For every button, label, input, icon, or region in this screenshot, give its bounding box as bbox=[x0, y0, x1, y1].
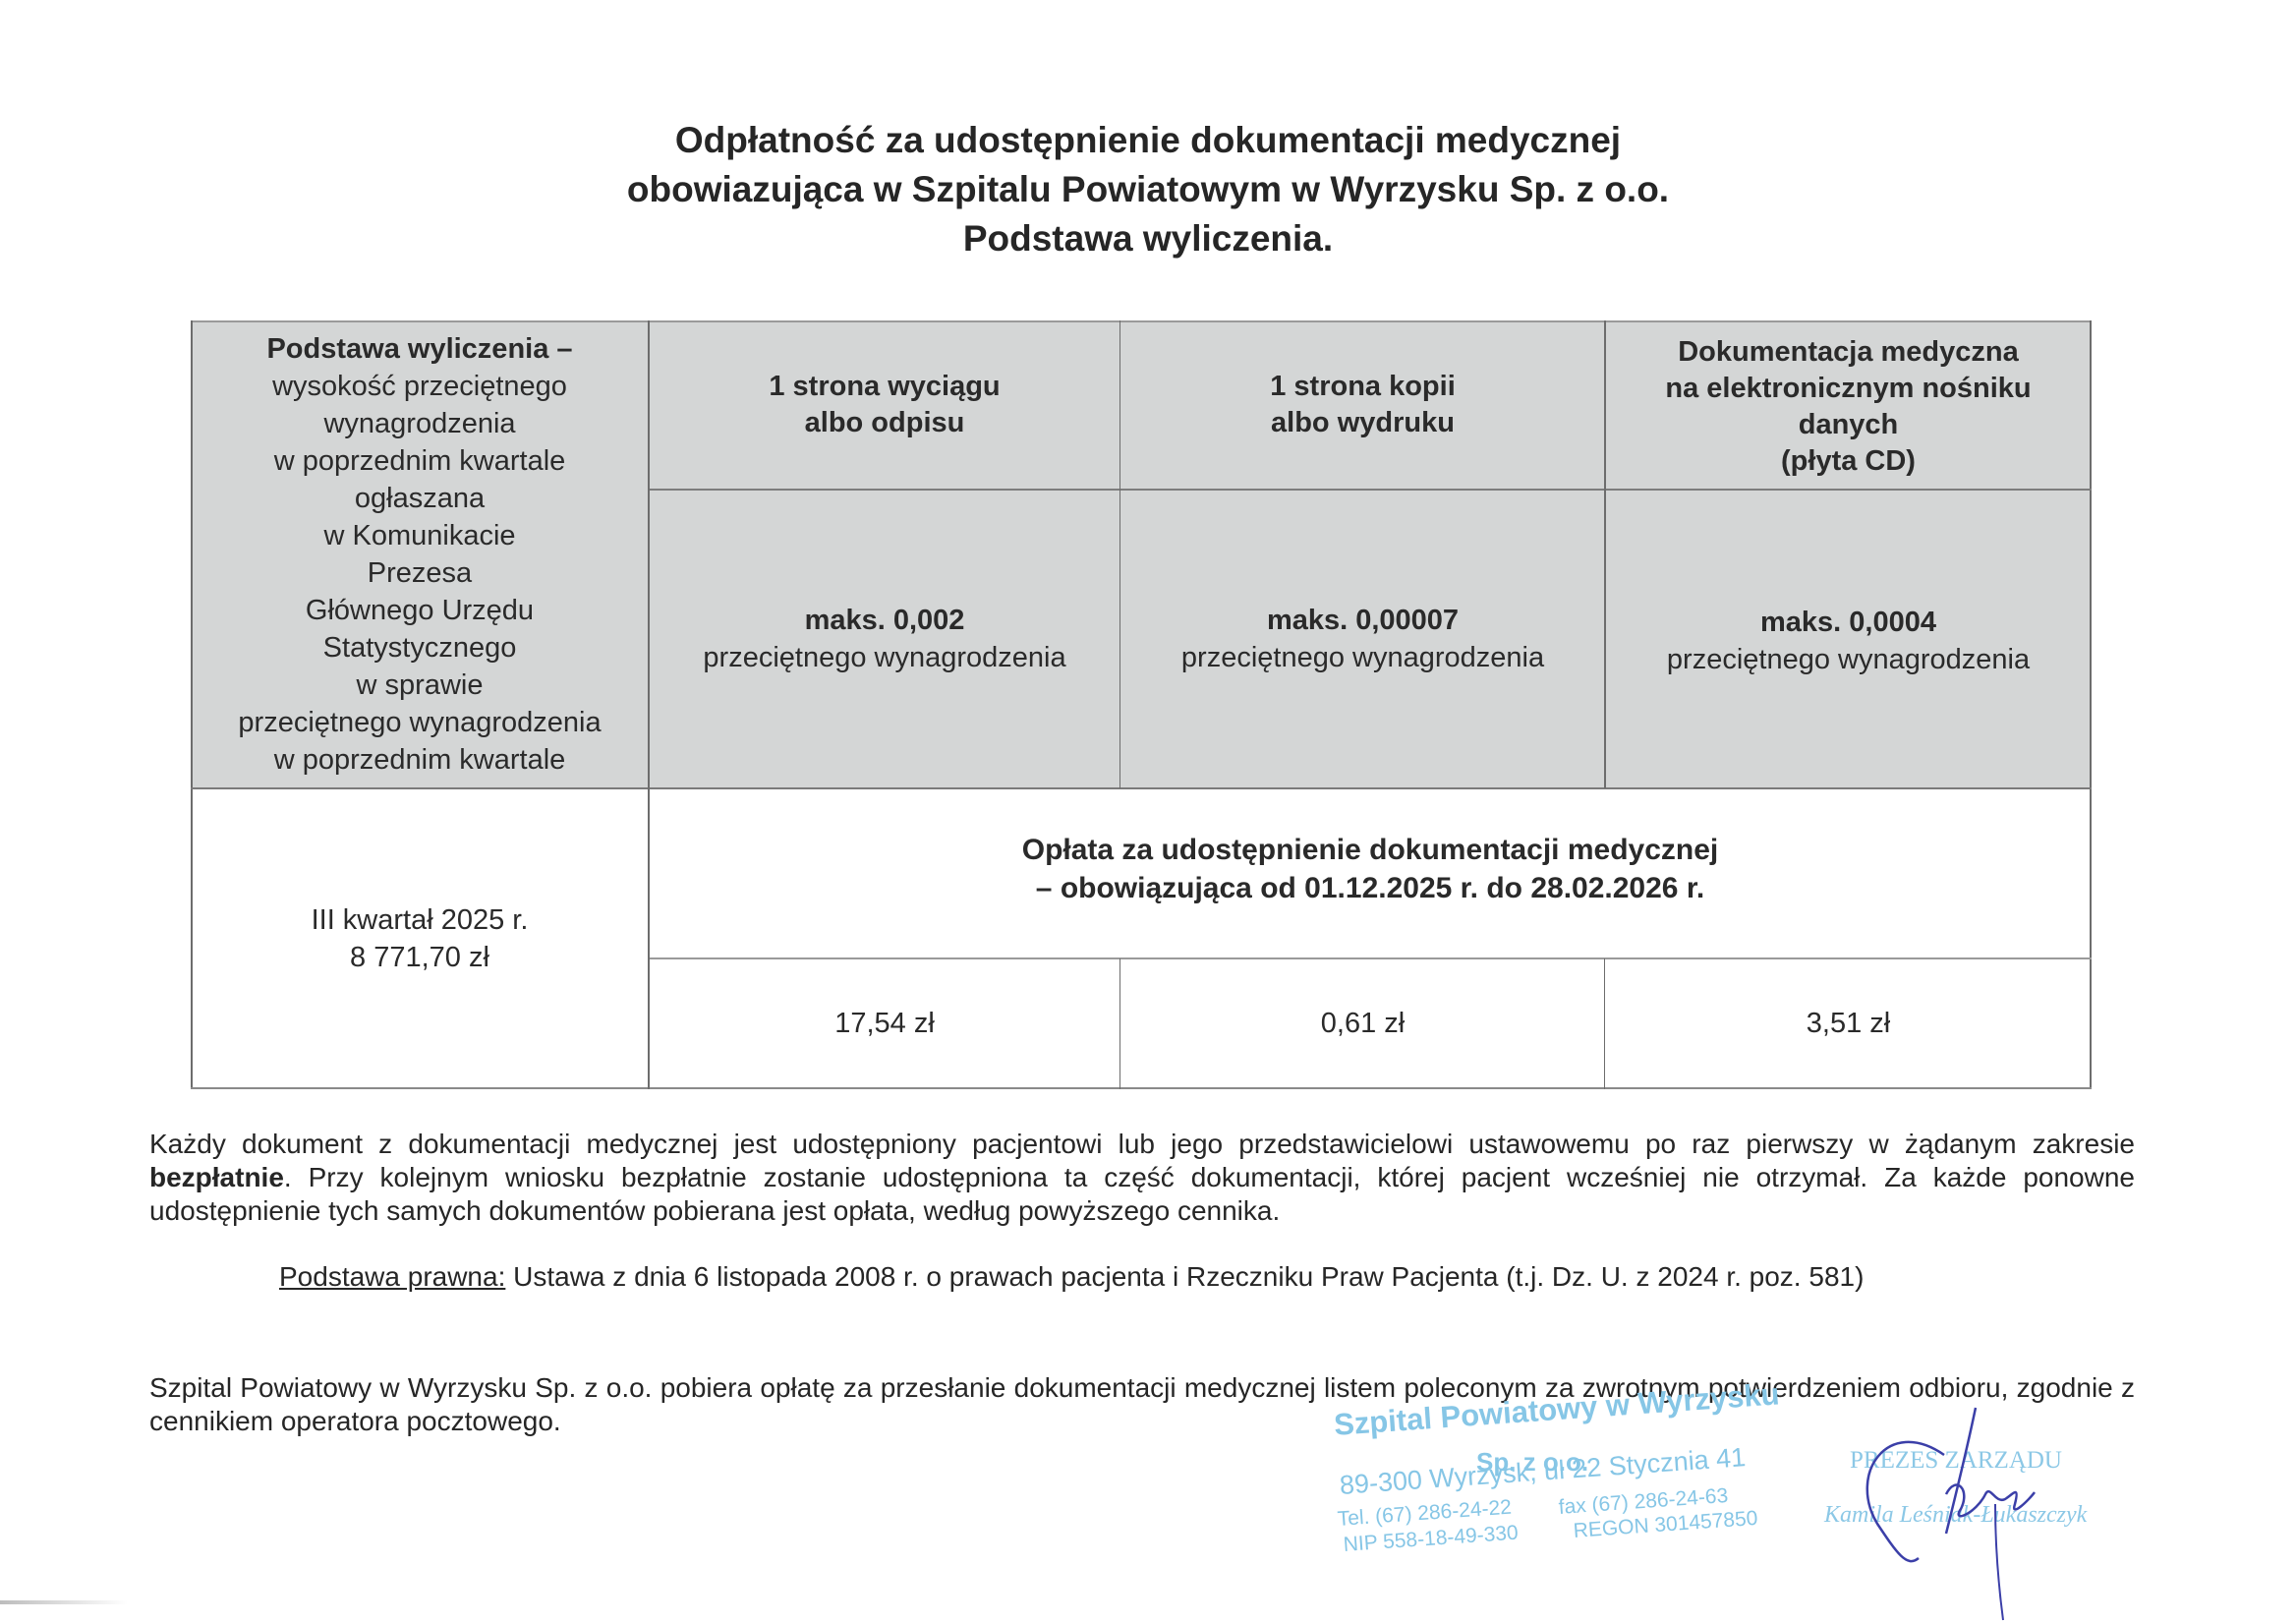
fee-header-line-2: – obowiązująca od 01.12.2025 r. do 28.02… bbox=[1036, 869, 1704, 907]
free-access-text: Każdy dokument z dokumentacji medycznej … bbox=[149, 1129, 2135, 1159]
rate-cell-extract: maks. 0,002 przeciętnego wynagrodzenia bbox=[649, 490, 1120, 788]
legal-basis-label: Podstawa prawna: bbox=[279, 1261, 505, 1292]
free-access-text-rest: . Przy kolejnym wniosku bezpłatnie zosta… bbox=[149, 1162, 2135, 1226]
column-header-electronic-line: na elektronicznym nośniku bbox=[1665, 371, 2031, 407]
price-value: 17,54 zł bbox=[834, 1008, 935, 1040]
fee-table: Podstawa wyliczenia – wysokość przeciętn… bbox=[191, 320, 2092, 1089]
header-bottom-divider bbox=[191, 787, 2092, 789]
column-header-electronic: Dokumentacja medyczna na elektronicznym … bbox=[1605, 320, 2092, 493]
column-header-copy-line: albo wydruku bbox=[1271, 405, 1455, 441]
column-header-copy-line: 1 strona kopii bbox=[1270, 369, 1456, 405]
table-border-top bbox=[191, 320, 2092, 322]
column-header-extract-line: albo odpisu bbox=[805, 405, 965, 441]
basis-header-cell: Podstawa wyliczenia – wysokość przeciętn… bbox=[191, 320, 649, 788]
title-line-1: Odpłatność za udostępnienie dokumentacji… bbox=[0, 116, 2296, 165]
legal-basis: Podstawa prawna: Ustawa z dnia 6 listopa… bbox=[279, 1260, 1864, 1294]
basis-header-line: Statystycznego bbox=[238, 629, 601, 667]
column-header-copy: 1 strona kopii albo wydruku bbox=[1120, 320, 1605, 490]
rate-cell-copy: maks. 0,00007 przeciętnego wynagrodzenia bbox=[1120, 490, 1605, 788]
document-title: Odpłatność za udostępnienie dokumentacji… bbox=[0, 116, 2296, 263]
rate-value: maks. 0,002 bbox=[805, 602, 965, 639]
basis-header-line: przeciętnego wynagrodzenia bbox=[238, 704, 601, 741]
basis-period: III kwartał 2025 r. bbox=[312, 901, 529, 939]
page-edge-shadow bbox=[0, 1600, 128, 1604]
column-divider-1 bbox=[648, 320, 650, 1089]
rate-unit: przeciętnego wynagrodzenia bbox=[703, 639, 1065, 676]
column-header-electronic-line: Dokumentacja medyczna bbox=[1678, 334, 2019, 371]
title-line-2: obowiazująca w Szpitalu Powiatowym w Wyr… bbox=[0, 165, 2296, 214]
price-extract: 17,54 zł bbox=[649, 958, 1120, 1089]
column-divider-3-lower bbox=[1604, 958, 1605, 1089]
table-border-left bbox=[191, 320, 193, 1089]
basis-header-line: w Komunikacie bbox=[238, 517, 601, 554]
header-inner-divider bbox=[649, 489, 2092, 491]
basis-header-description: wysokość przeciętnegowynagrodzeniaw popr… bbox=[238, 368, 601, 779]
rate-value: maks. 0,0004 bbox=[1760, 604, 1936, 641]
rate-unit: przeciętnego wynagrodzenia bbox=[1181, 639, 1544, 676]
price-value: 0,61 zł bbox=[1321, 1008, 1405, 1040]
basis-amount: 8 771,70 zł bbox=[350, 939, 489, 976]
rate-value: maks. 0,00007 bbox=[1267, 602, 1459, 639]
column-divider-2 bbox=[1119, 320, 1120, 788]
handwritten-signature bbox=[1848, 1396, 2143, 1622]
rate-unit: przeciętnego wynagrodzenia bbox=[1667, 641, 2030, 678]
column-header-extract-line: 1 strona wyciągu bbox=[769, 369, 1000, 405]
basis-value-cell: III kwartał 2025 r. 8 771,70 zł bbox=[191, 788, 649, 1089]
table-border-bottom bbox=[191, 1087, 2092, 1089]
price-copy: 0,61 zł bbox=[1120, 958, 1605, 1089]
basis-header-line: w poprzednim kwartale bbox=[238, 741, 601, 779]
table-border-right bbox=[2090, 320, 2092, 1089]
basis-header-line: wynagrodzenia bbox=[238, 405, 601, 442]
free-access-bold: bezpłatnie bbox=[149, 1162, 284, 1192]
column-header-electronic-line: (płyta CD) bbox=[1781, 443, 1916, 480]
column-divider-3 bbox=[1604, 320, 1606, 788]
basis-header-title: Podstawa wyliczenia – bbox=[266, 330, 572, 368]
postage-note: Szpital Powiatowy w Wyrzysku Sp. z o.o. … bbox=[149, 1371, 2135, 1438]
basis-header-line: ogłaszana bbox=[238, 480, 601, 517]
basis-header-line: wysokość przeciętnego bbox=[238, 368, 601, 405]
fee-header-cell: Opłata za udostępnienie dokumentacji med… bbox=[649, 788, 2092, 958]
price-electronic: 3,51 zł bbox=[1605, 958, 2092, 1089]
title-line-3: Podstawa wyliczenia. bbox=[0, 214, 2296, 263]
fee-header-line-1: Opłata za udostępnienie dokumentacji med… bbox=[1022, 831, 1719, 869]
basis-header-line: w sprawie bbox=[238, 667, 601, 704]
free-access-note: Każdy dokument z dokumentacji medycznej … bbox=[149, 1128, 2135, 1228]
column-header-electronic-line: danych bbox=[1799, 407, 1899, 443]
column-header-extract: 1 strona wyciągu albo odpisu bbox=[649, 320, 1120, 490]
basis-header-line: Prezesa bbox=[238, 554, 601, 592]
column-divider-2-lower bbox=[1119, 958, 1120, 1089]
rate-cell-electronic: maks. 0,0004 przeciętnego wynagrodzenia bbox=[1605, 493, 2092, 788]
basis-header-line: Głównego Urzędu bbox=[238, 592, 601, 629]
price-value: 3,51 zł bbox=[1807, 1008, 1890, 1040]
fee-sub-divider bbox=[649, 957, 2092, 959]
basis-header-line: w poprzednim kwartale bbox=[238, 442, 601, 480]
legal-basis-text: Ustawa z dnia 6 listopada 2008 r. o praw… bbox=[505, 1261, 1864, 1292]
